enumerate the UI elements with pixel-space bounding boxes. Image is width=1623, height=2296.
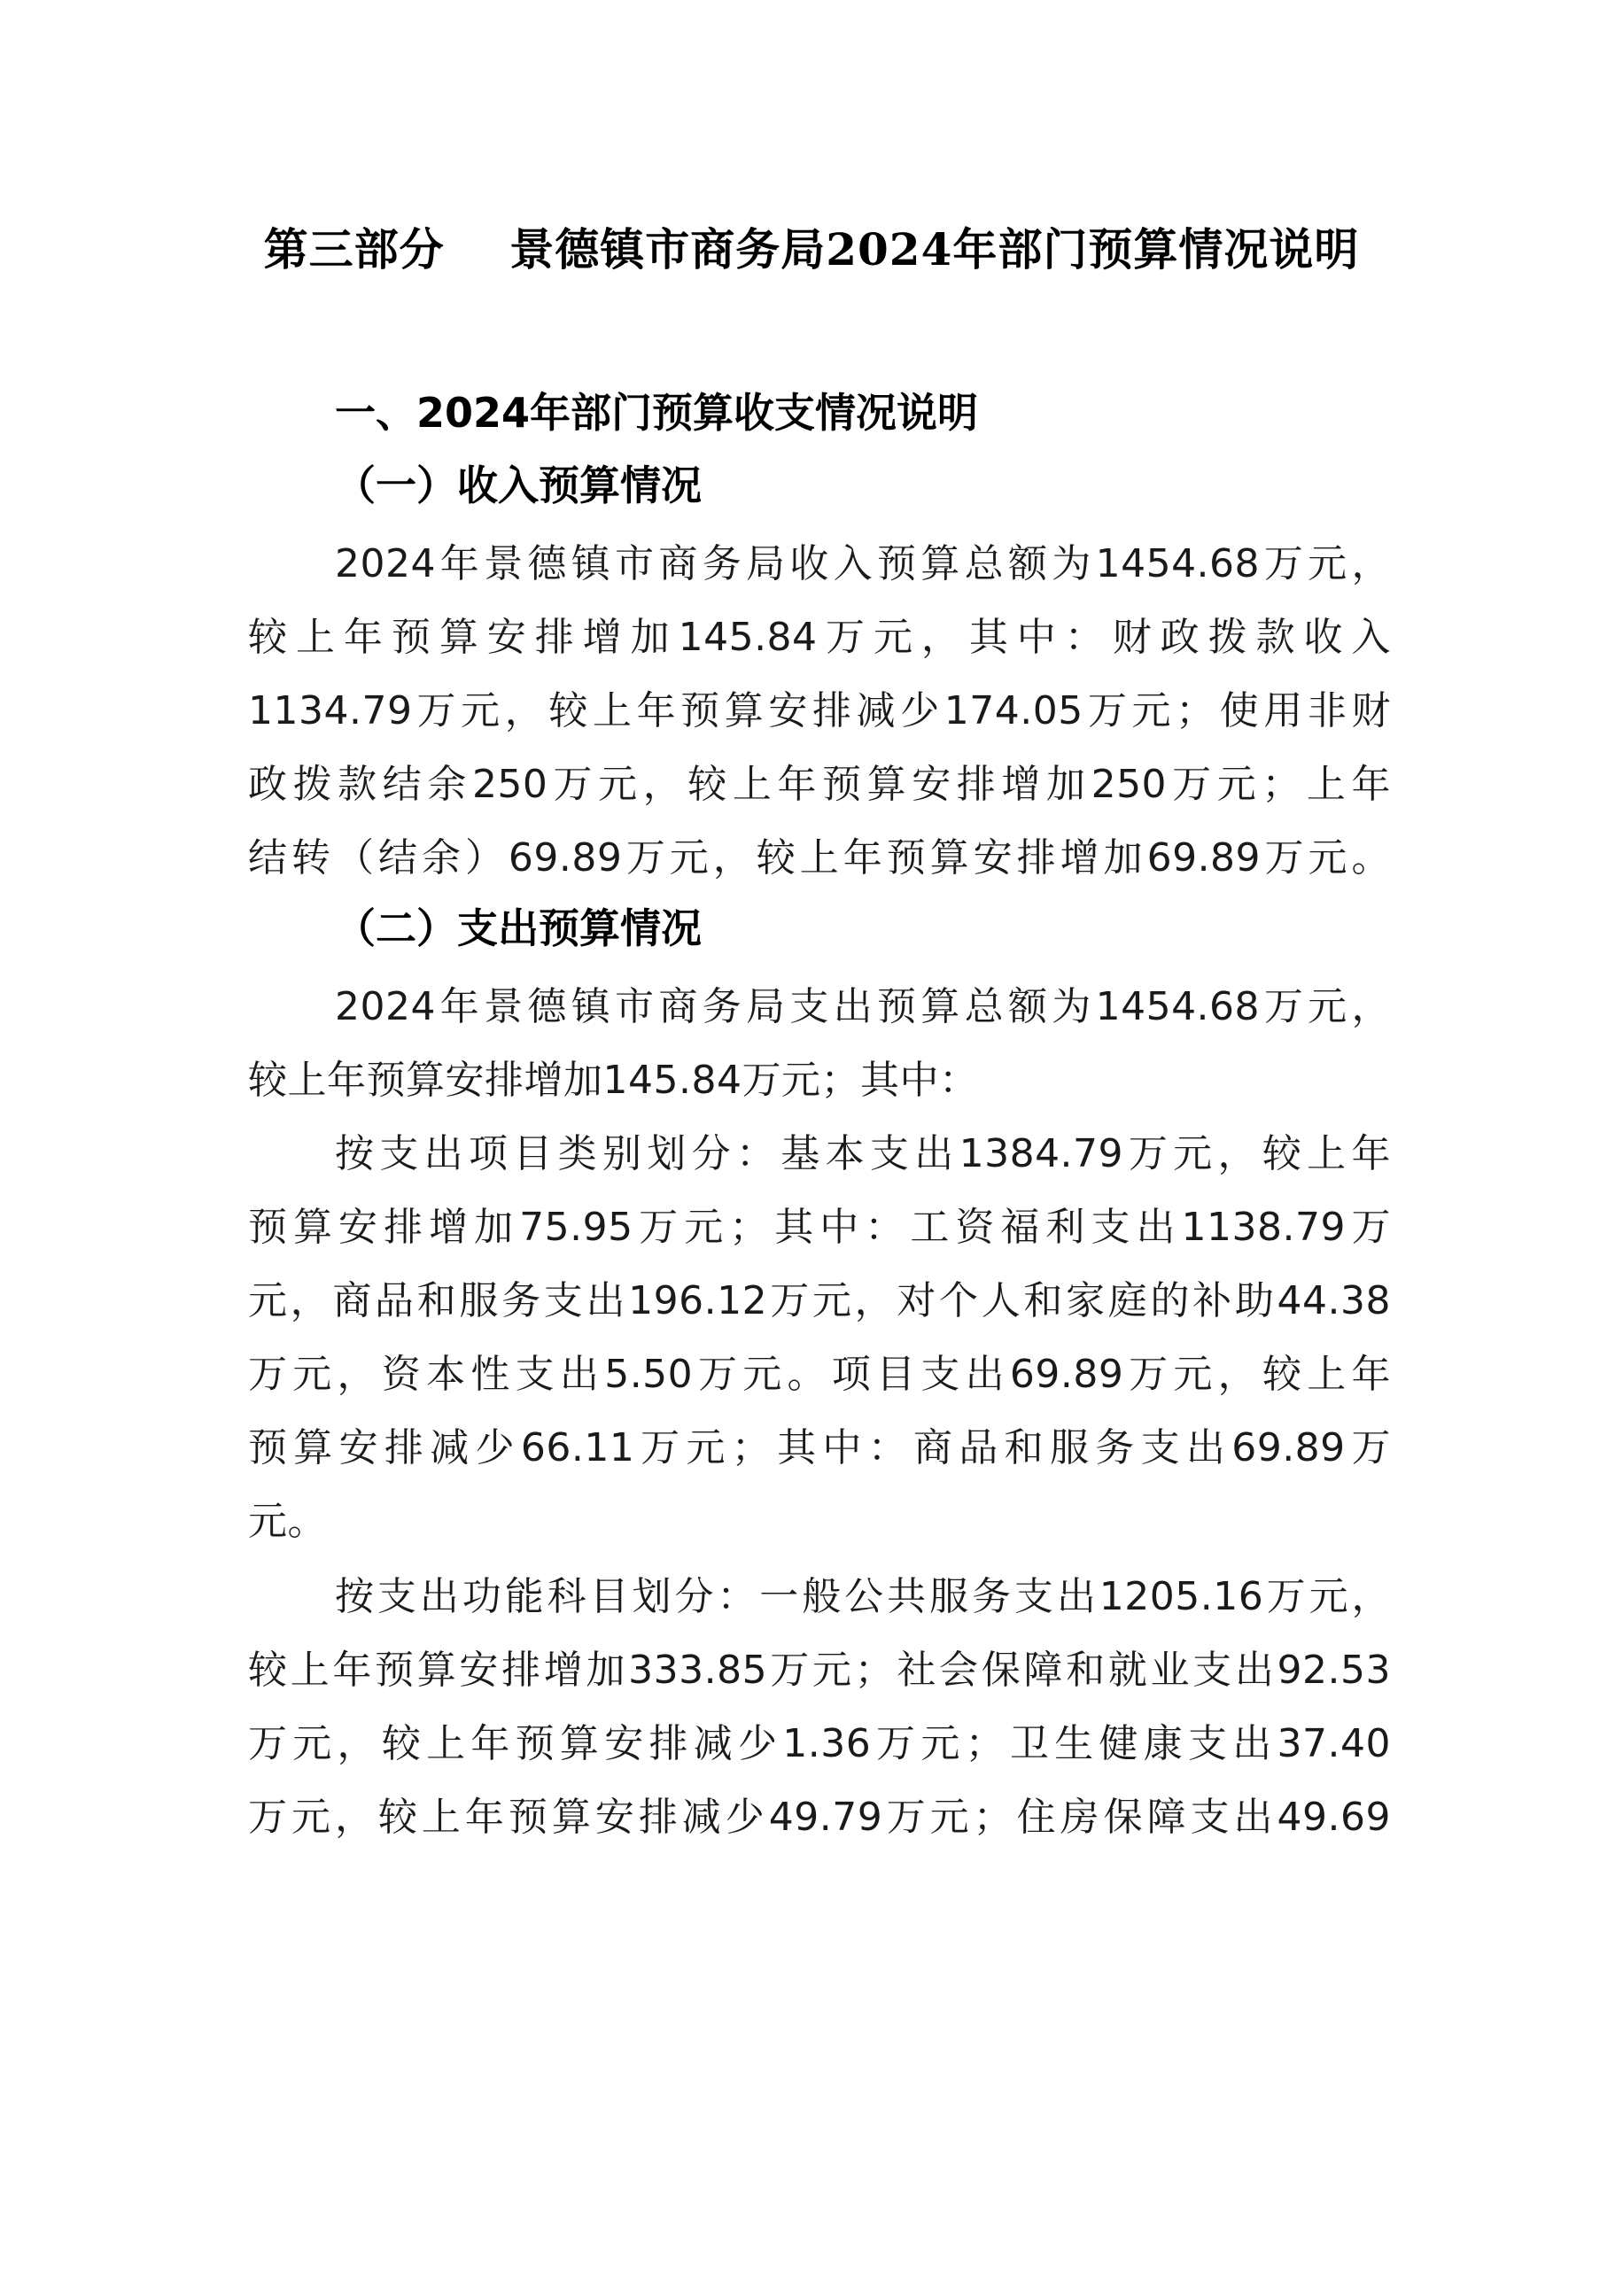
paragraph-line: 2024年景德镇市商务局收入预算总额为1454.68万元， xyxy=(335,531,1391,588)
paragraph-line: 1134.79万元，较上年预算安排减少174.05万元；使用非财 xyxy=(248,679,1391,735)
paragraph-line: 按支出功能科目划分：一般公共服务支出1205.16万元， xyxy=(335,1564,1391,1621)
page-title: 第三部分 景德镇市商务局2024年部门预算情况说明 xyxy=(0,214,1623,278)
paragraph-line: 预算安排减少66.11万元；其中：商品和服务支出69.89万 xyxy=(248,1416,1391,1472)
paragraph-line: 政拨款结余250万元，较上年预算安排增加250万元；上年 xyxy=(248,752,1391,809)
paragraph-line: 较上年预算安排增加145.84万元；其中： xyxy=(248,1048,1391,1105)
section-heading: 一、2024年部门预算收支情况说明 xyxy=(335,381,978,439)
paragraph-line: 按支出项目类别划分：基本支出1384.79万元，较上年 xyxy=(335,1121,1391,1178)
document-page: 第三部分 景德镇市商务局2024年部门预算情况说明 一、2024年部门预算收支情… xyxy=(0,0,1623,2296)
paragraph-line: 万元，资本性支出5.50万元。项目支出69.89万元，较上年 xyxy=(248,1342,1391,1399)
paragraph-line: 预算安排增加75.95万元；其中：工资福利支出1138.79万 xyxy=(248,1195,1391,1252)
paragraph-line: 万元，较上年预算安排减少1.36万元；卫生健康支出37.40 xyxy=(248,1711,1391,1768)
paragraph-line: 结转（结余）69.89万元，较上年预算安排增加69.89万元。 xyxy=(248,826,1391,882)
paragraph-line: 较上年预算安排增加333.85万元；社会保障和就业支出92.53 xyxy=(248,1638,1391,1695)
paragraph-line: 元，商品和服务支出196.12万元，对个人和家庭的补助44.38 xyxy=(248,1268,1391,1325)
paragraph-line: 万元，较上年预算安排减少49.79万元；住房保障支出49.69 xyxy=(248,1785,1391,1842)
paragraph-line: 较上年预算安排增加145.84万元，其中：财政拨款收入 xyxy=(248,605,1391,662)
income-subheading: （一）收入预算情况 xyxy=(335,454,702,512)
paragraph-line: 元。 xyxy=(248,1489,1391,1546)
paragraph-line: 2024年景德镇市商务局支出预算总额为1454.68万元， xyxy=(335,974,1391,1031)
expenditure-subheading: （二）支出预算情况 xyxy=(335,896,702,955)
